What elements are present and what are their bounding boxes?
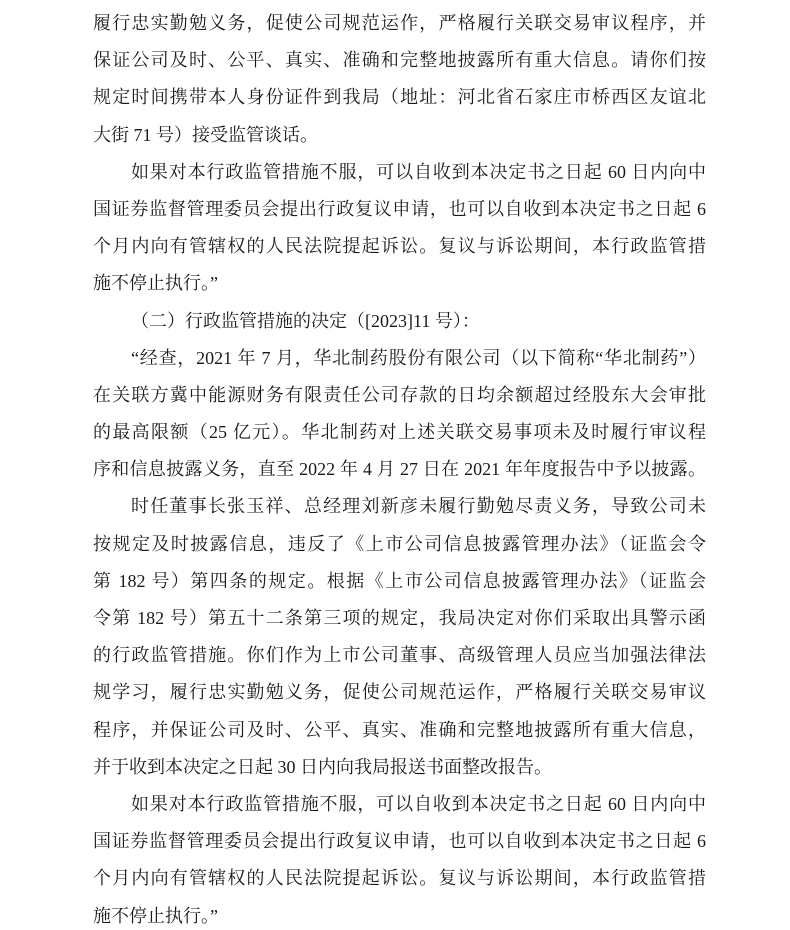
- text-line: 施不停止执行。”: [93, 898, 706, 930]
- text-line: 履行忠实勤勉义务，促使公司规范运作，严格履行关联交易审议程序，并: [93, 5, 706, 42]
- text-line: （二）行政监管措施的决定（[2023]11 号）：: [93, 303, 706, 340]
- document-text: 履行忠实勤勉义务，促使公司规范运作，严格履行关联交易审议程序，并保证公司及时、公…: [93, 5, 706, 930]
- text-line: 时任董事长张玉祥、总经理刘新彦未履行勤勉尽责义务，导致公司未: [93, 488, 706, 525]
- text-line: 国证券监督管理委员会提出行政复议申请，也可以自收到本决定书之日起 6: [93, 191, 706, 228]
- document-page: 履行忠实勤勉义务，促使公司规范运作，严格履行关联交易审议程序，并保证公司及时、公…: [0, 0, 790, 930]
- text-line: 序和信息披露义务，直至 2022 年 4 月 27 日在 2021 年年度报告中…: [93, 451, 706, 488]
- text-line: 如果对本行政监管措施不服，可以自收到本决定书之日起 60 日内向中: [93, 786, 706, 823]
- text-line: 大街 71 号）接受监管谈话。: [93, 117, 706, 154]
- text-line: 如果对本行政监管措施不服，可以自收到本决定书之日起 60 日内向中: [93, 154, 706, 191]
- text-line: 的行政监管措施。你们作为上市公司董事、高级管理人员应当加强法律法: [93, 637, 706, 674]
- text-line: 第 182 号）第四条的规定。根据《上市公司信息披露管理办法》（证监会: [93, 563, 706, 600]
- text-line: 保证公司及时、公平、真实、准确和完整地披露所有重大信息。请你们按: [93, 42, 706, 79]
- text-line: 个月内向有管辖权的人民法院提起诉讼。复议与诉讼期间，本行政监管措: [93, 860, 706, 897]
- text-line: 规定时间携带本人身份证件到我局（地址：河北省石家庄市桥西区友谊北: [93, 79, 706, 116]
- text-line: 并于收到本决定之日起 30 日内向我局报送书面整改报告。: [93, 749, 706, 786]
- text-line: 程序，并保证公司及时、公平、真实、准确和完整地披露所有重大信息，: [93, 712, 706, 749]
- text-line: 的最高限额（25 亿元）。华北制药对上述关联交易事项未及时履行审议程: [93, 414, 706, 451]
- text-line: 按规定及时披露信息，违反了《上市公司信息披露管理办法》（证监会令: [93, 526, 706, 563]
- text-line: “经查，2021 年 7 月，华北制药股份有限公司（以下简称“华北制药”）: [93, 340, 706, 377]
- text-line: 令第 182 号）第五十二条第三项的规定，我局决定对你们采取出具警示函: [93, 600, 706, 637]
- text-line: 个月内向有管辖权的人民法院提起诉讼。复议与诉讼期间，本行政监管措: [93, 228, 706, 265]
- text-line: 国证券监督管理委员会提出行政复议申请，也可以自收到本决定书之日起 6: [93, 823, 706, 860]
- text-line: 规学习，履行忠实勤勉义务，促使公司规范运作，严格履行关联交易审议: [93, 674, 706, 711]
- text-line: 施不停止执行。”: [93, 265, 706, 302]
- text-line: 在关联方冀中能源财务有限责任公司存款的日均余额超过经股东大会审批: [93, 377, 706, 414]
